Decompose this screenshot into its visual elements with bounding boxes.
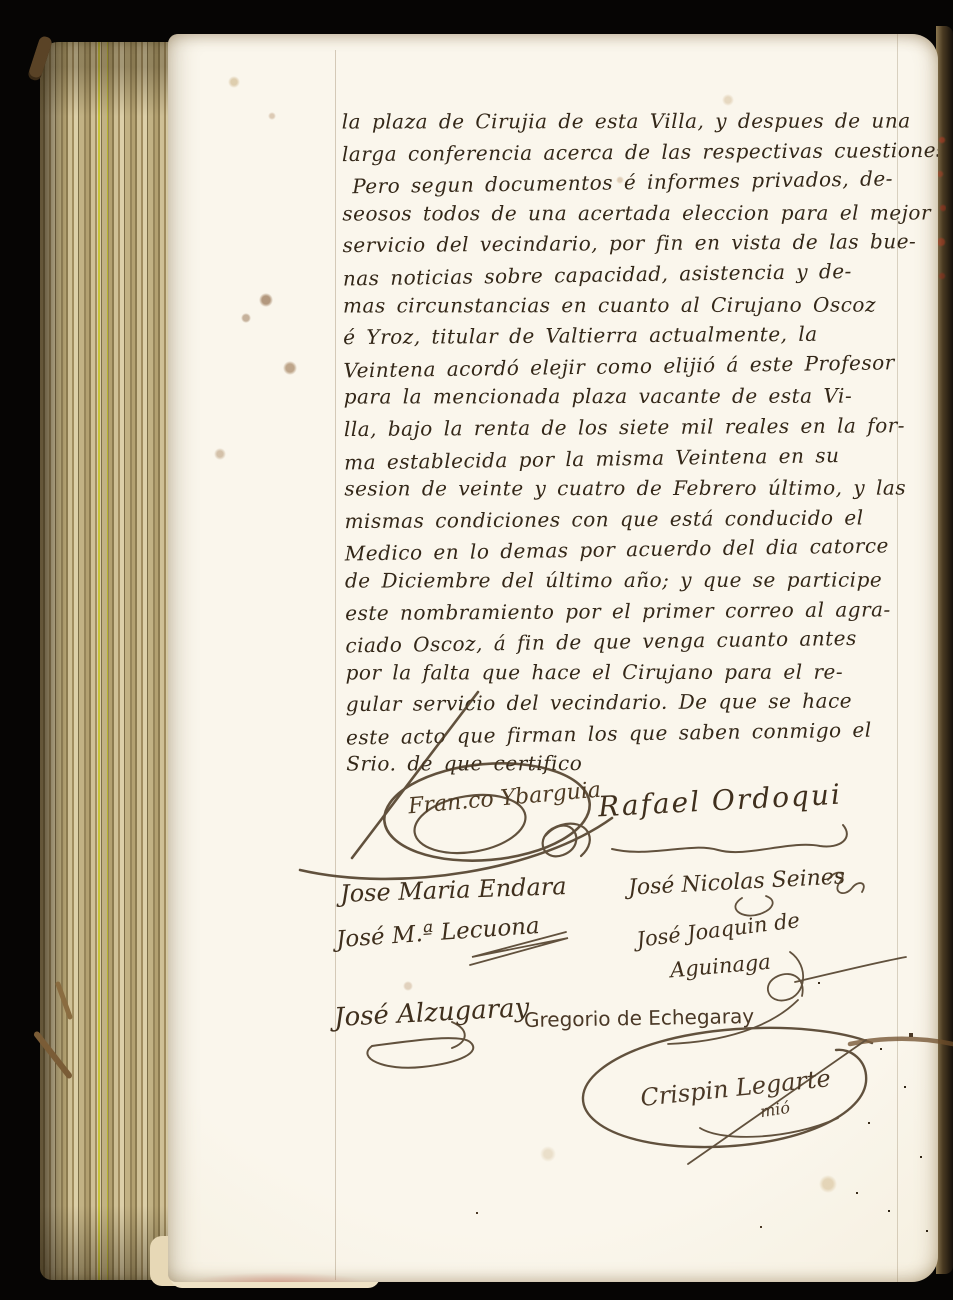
- signature-rafael-ordoqui: Rafael Ordoqui: [597, 778, 842, 824]
- signature-jose-joaquin-line2-aguinaga: Aguinaga: [669, 950, 772, 983]
- manuscript-line: Srio. de que certifico: [346, 748, 938, 780]
- signature-gregorio-echegaray: Gregorio de Echegaray: [524, 1004, 755, 1032]
- pink-edge-tint: [188, 1270, 368, 1282]
- signature-secretary-mio: mió: [759, 1098, 792, 1121]
- handwritten-text-block: la plaza de Cirujia de esta Villa, y des…: [342, 104, 938, 781]
- signature-jose-nicolas-seines: José Nicolas Seines: [627, 864, 845, 900]
- manuscript-line: mas circunstancias en cuanto al Cirujano…: [343, 289, 938, 321]
- manuscript-line: la plaza de Cirujia de esta Villa, y des…: [342, 105, 938, 137]
- signature-jose-maria-endara: Jose Maria Endara: [340, 872, 567, 908]
- book-fore-edge: [40, 42, 180, 1280]
- manuscript-line: de Diciembre del último año; y que se pa…: [345, 564, 938, 596]
- signature-jose-alzugaray: José Alzugaray: [333, 993, 530, 1033]
- signature-jose-maria-lecuona: José M.ª Lecuona: [335, 913, 540, 953]
- signature-francisco-ybarguia: Fran.co Ybarguia: [407, 778, 602, 820]
- left-margin-crease: [335, 50, 336, 1280]
- signature-secretary-legarte: Crispin Legarte: [639, 1064, 832, 1112]
- red-edge-marks: [938, 130, 946, 290]
- manuscript-line: para la mencionada plaza vacante de esta…: [344, 381, 938, 413]
- signature-jose-joaquin-line1: José Joaquin de: [635, 908, 801, 952]
- manuscript-line: seosos todos de una acertada eleccion pa…: [342, 197, 938, 229]
- manuscript-line: por la falta que hace el Cirujano para e…: [346, 656, 938, 688]
- manuscript-line: sesion de veinte y cuatro de Febrero últ…: [344, 473, 938, 505]
- book-photo: la plaza de Cirujia de esta Villa, y des…: [0, 0, 953, 1300]
- ink-spatter: [168, 34, 170, 36]
- manuscript-page: la plaza de Cirujia de esta Villa, y des…: [168, 34, 938, 1282]
